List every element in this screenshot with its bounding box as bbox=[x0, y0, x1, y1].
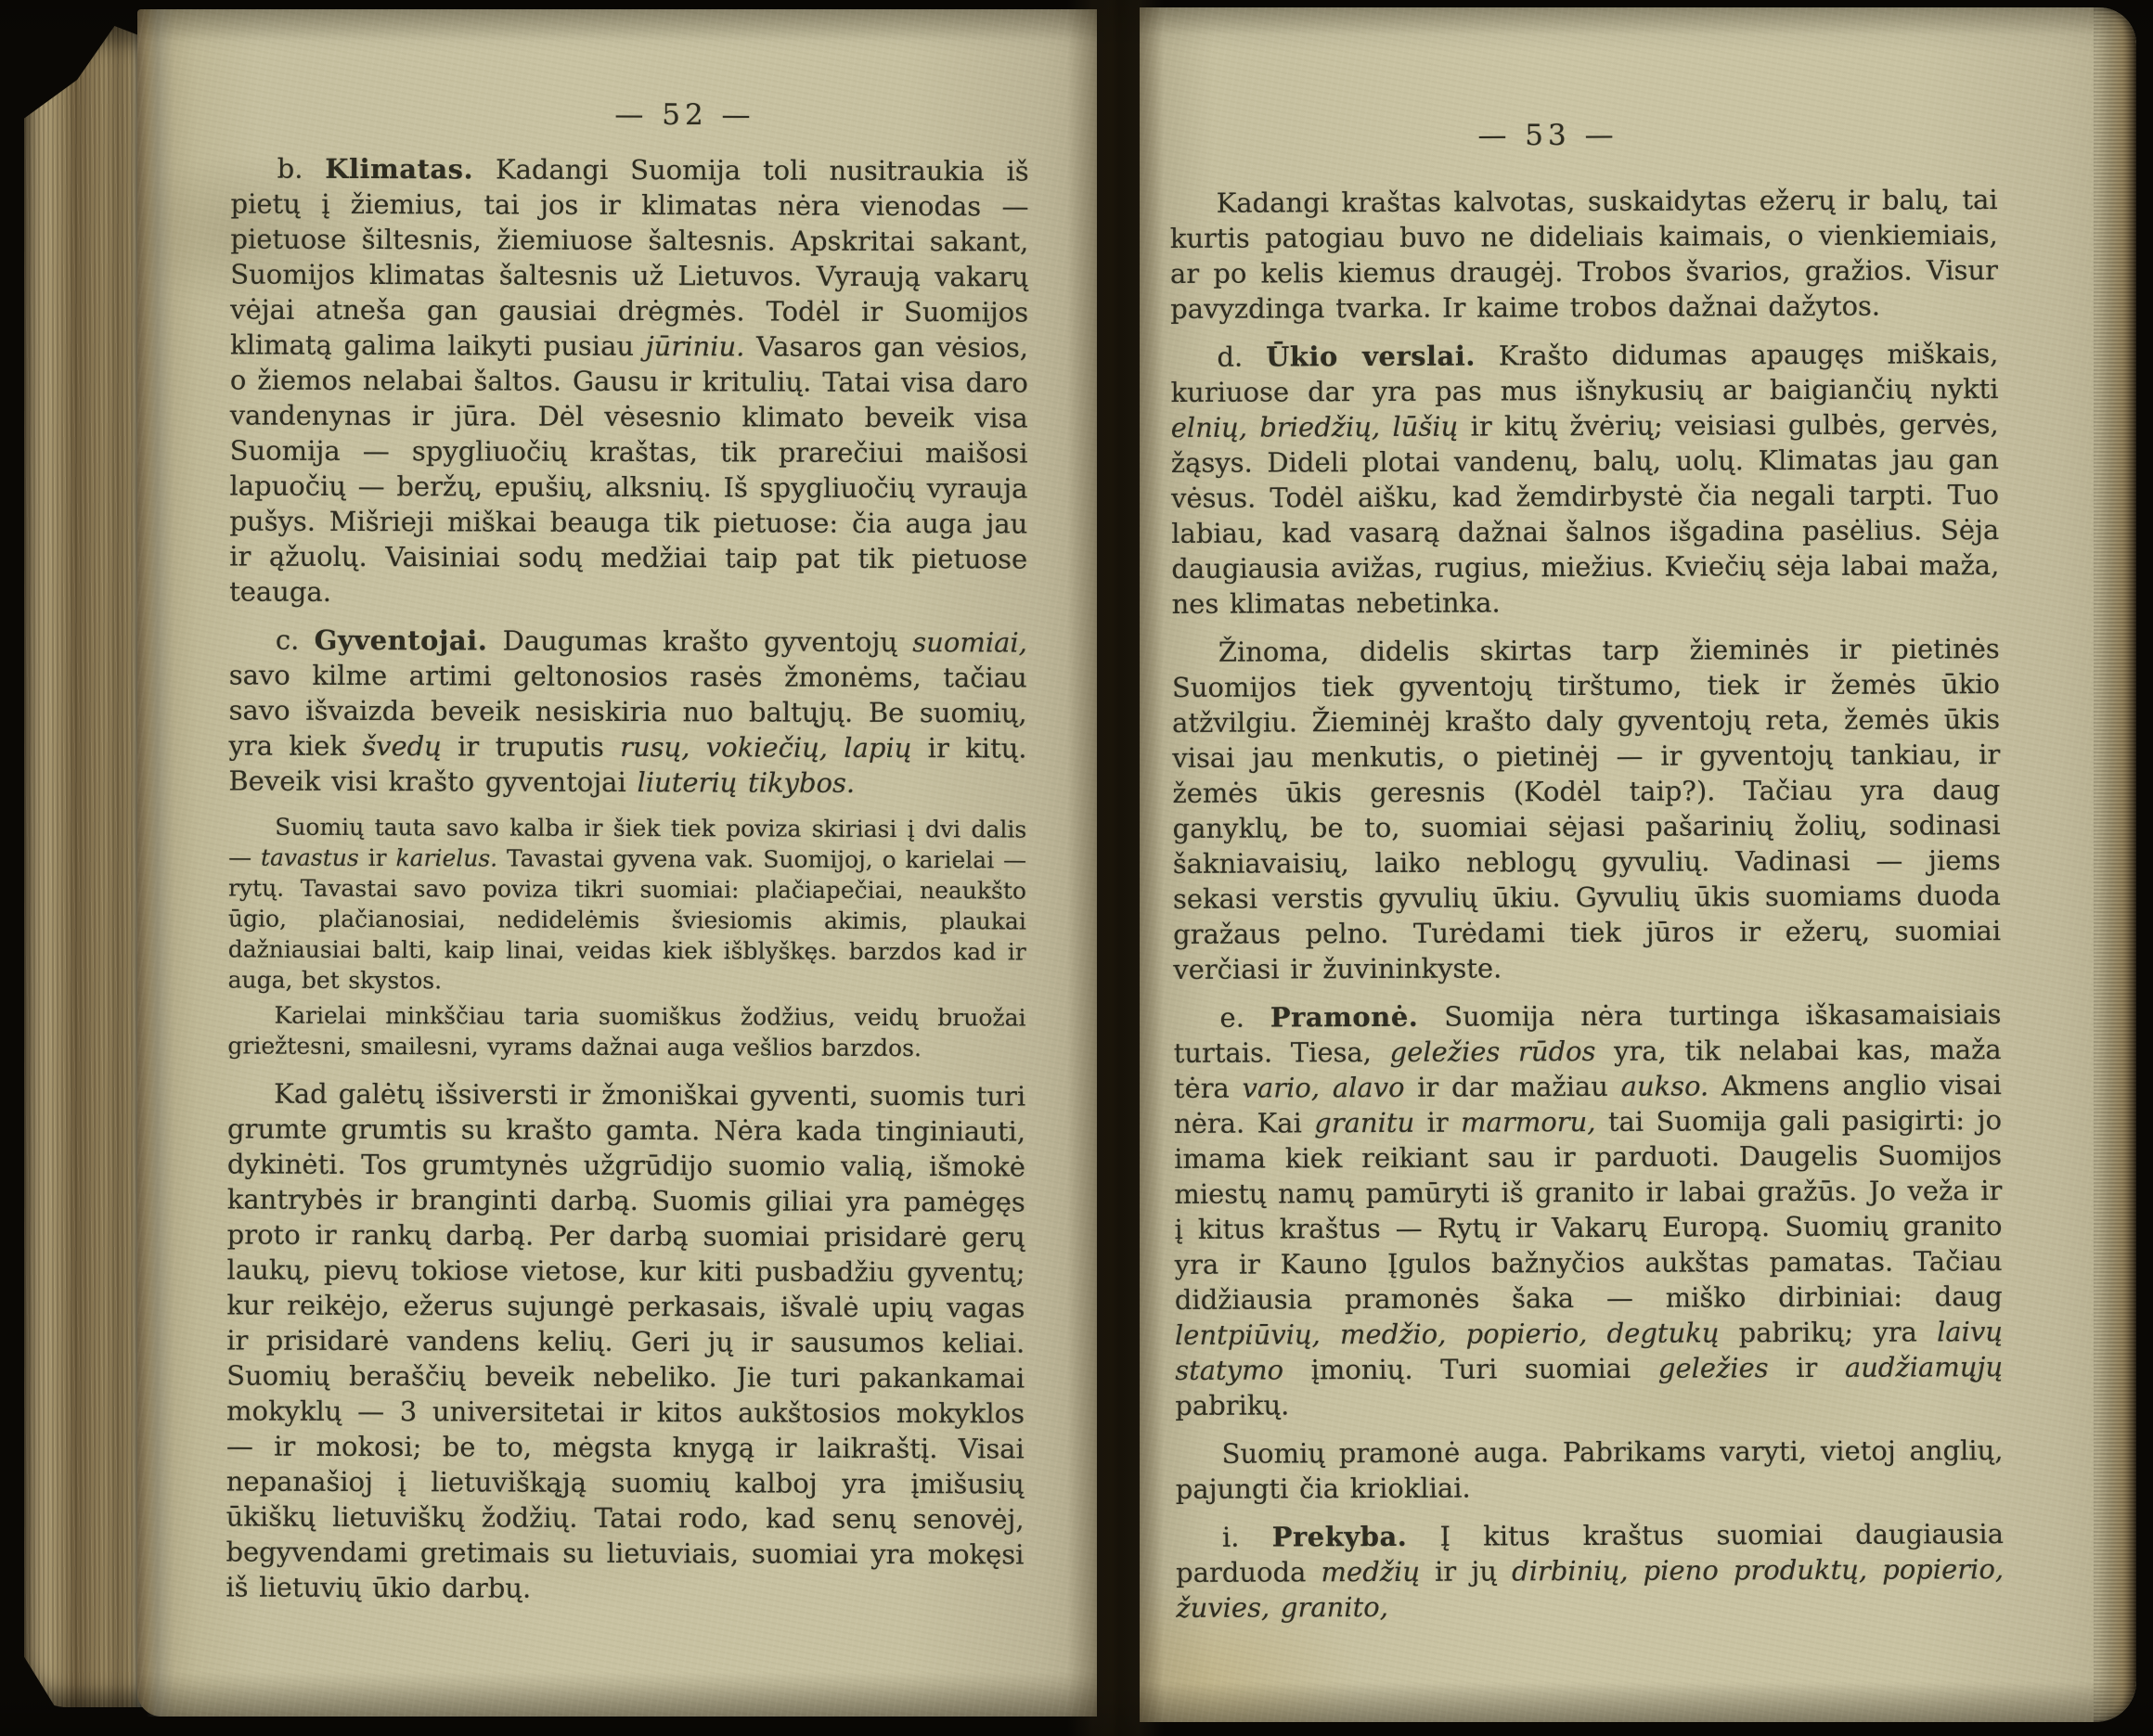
text-segment: ir bbox=[1769, 1352, 1845, 1383]
text-segment: c. bbox=[276, 624, 315, 656]
text-segment: Gyventojai. bbox=[315, 624, 488, 657]
page-number-right: — 53 — bbox=[1446, 119, 1650, 153]
text-segment: Daugumas krašto gyventojų bbox=[487, 624, 912, 658]
text-segment: Žinoma, didelis skirtas tarp žieminės ir… bbox=[1172, 633, 2001, 985]
text-segment: įmonių. Turi suomiai bbox=[1283, 1353, 1658, 1386]
text-segment: aukso. bbox=[1621, 1070, 1709, 1101]
text-segment: Vasaros gan vėsios, o žiemos nelabai šal… bbox=[229, 330, 1028, 607]
text-segment: Pramonė. bbox=[1270, 1001, 1419, 1034]
text-segment: liuterių tikybos. bbox=[637, 766, 855, 799]
paragraph: d. Ūkio verslai. Krašto didumas apaugęs … bbox=[1170, 336, 1999, 622]
paragraph: Kadangi kraštas kalvotas, suskaidytas ež… bbox=[1170, 182, 1999, 327]
text-segment: ir truputis bbox=[442, 730, 620, 763]
text-segment: lapių bbox=[844, 732, 911, 764]
text-segment: ir bbox=[1414, 1107, 1461, 1138]
paragraph: Karielai minkščiau taria suomiškus žodži… bbox=[227, 999, 1025, 1063]
paragraph: b. Klimatas. Kadangi Suomija toli nusitr… bbox=[229, 151, 1029, 612]
text-segment: Kadangi kraštas kalvotas, suskaidytas ež… bbox=[1170, 184, 1998, 325]
paragraph: c. Gyventojai. Daugumas krašto gyventojų… bbox=[228, 623, 1027, 802]
paragraph: Kad galėtų išsiversti ir žmoniškai gyven… bbox=[226, 1075, 1025, 1607]
text-segment: Klimatas. bbox=[325, 153, 473, 186]
text-segment: Prekyba. bbox=[1272, 1521, 1408, 1553]
gutter-shadow bbox=[1067, 0, 1164, 1736]
text-segment: Karielai minkščiau taria suomiškus žodži… bbox=[227, 1002, 1025, 1061]
text-segment: geležies rūdos bbox=[1390, 1035, 1596, 1068]
text-segment: medžių bbox=[1321, 1556, 1420, 1588]
text-segment: marmoru, bbox=[1461, 1106, 1596, 1138]
text-segment: Suomių pramonė auga. Pabrikams varyti, v… bbox=[1176, 1434, 2004, 1505]
paragraph: Suomių pramonė auga. Pabrikams varyti, v… bbox=[1175, 1433, 2003, 1507]
text-segment: švedų bbox=[362, 730, 442, 762]
text-segment: suomiai, bbox=[912, 626, 1027, 658]
paragraph: Žinoma, didelis skirtas tarp žieminės ir… bbox=[1172, 631, 2002, 987]
right-text-block: Kadangi kraštas kalvotas, suskaidytas ež… bbox=[1170, 182, 2005, 1639]
text-segment: b. bbox=[277, 153, 326, 185]
book-scan: — 52 — — 53 — b. Klimatas. Kadangi Suomi… bbox=[0, 0, 2153, 1736]
text-segment: audžiamųjų bbox=[1845, 1351, 2003, 1383]
text-segment: geležies bbox=[1658, 1352, 1769, 1384]
text-segment bbox=[828, 732, 844, 764]
text-segment: alavo bbox=[1333, 1072, 1405, 1103]
text-segment bbox=[1320, 1072, 1333, 1103]
text-segment: pabrikų; yra bbox=[1719, 1316, 1937, 1348]
text-segment: lentpiūvių, medžio, popierio, degtukų bbox=[1175, 1317, 1720, 1351]
left-text-block: b. Klimatas. Kadangi Suomija toli nusitr… bbox=[226, 151, 1029, 1621]
text-segment: ir dar mažiau bbox=[1404, 1071, 1620, 1103]
text-segment: i. bbox=[1222, 1521, 1272, 1552]
text-segment: ir jų bbox=[1420, 1555, 1512, 1587]
text-segment: jūriniu. bbox=[646, 330, 745, 362]
text-segment: karielus. bbox=[395, 844, 497, 871]
text-segment: Ūkio verslai. bbox=[1266, 341, 1476, 373]
text-segment: vario, bbox=[1242, 1072, 1320, 1103]
right-page-edge-stack bbox=[2094, 7, 2136, 1722]
paragraph: i. Prekyba. Į kitus kraštus suomiai daug… bbox=[1176, 1516, 2004, 1626]
text-segment: rusų, bbox=[620, 731, 690, 763]
text-segment: elnių, briedžių, lūšių bbox=[1171, 411, 1459, 444]
text-segment: Kad galėtų išsiversti ir žmoniškai gyven… bbox=[226, 1078, 1025, 1604]
text-segment: d. bbox=[1217, 341, 1266, 373]
text-segment: tavastus bbox=[261, 844, 359, 871]
paragraph: e. Pramonė. Suomija nėra turtinga iškasa… bbox=[1173, 997, 2003, 1423]
page-number-left: — 52 — bbox=[583, 98, 787, 133]
text-segment: ir bbox=[359, 844, 396, 871]
text-segment bbox=[690, 731, 705, 763]
text-segment: e. bbox=[1219, 1001, 1270, 1033]
text-segment: vokiečių, bbox=[706, 731, 828, 763]
text-segment: pabrikų. bbox=[1175, 1389, 1289, 1421]
text-segment: granitu bbox=[1314, 1107, 1414, 1138]
paragraph: Suomių tauta savo kalba ir šiek tiek pov… bbox=[228, 811, 1027, 997]
